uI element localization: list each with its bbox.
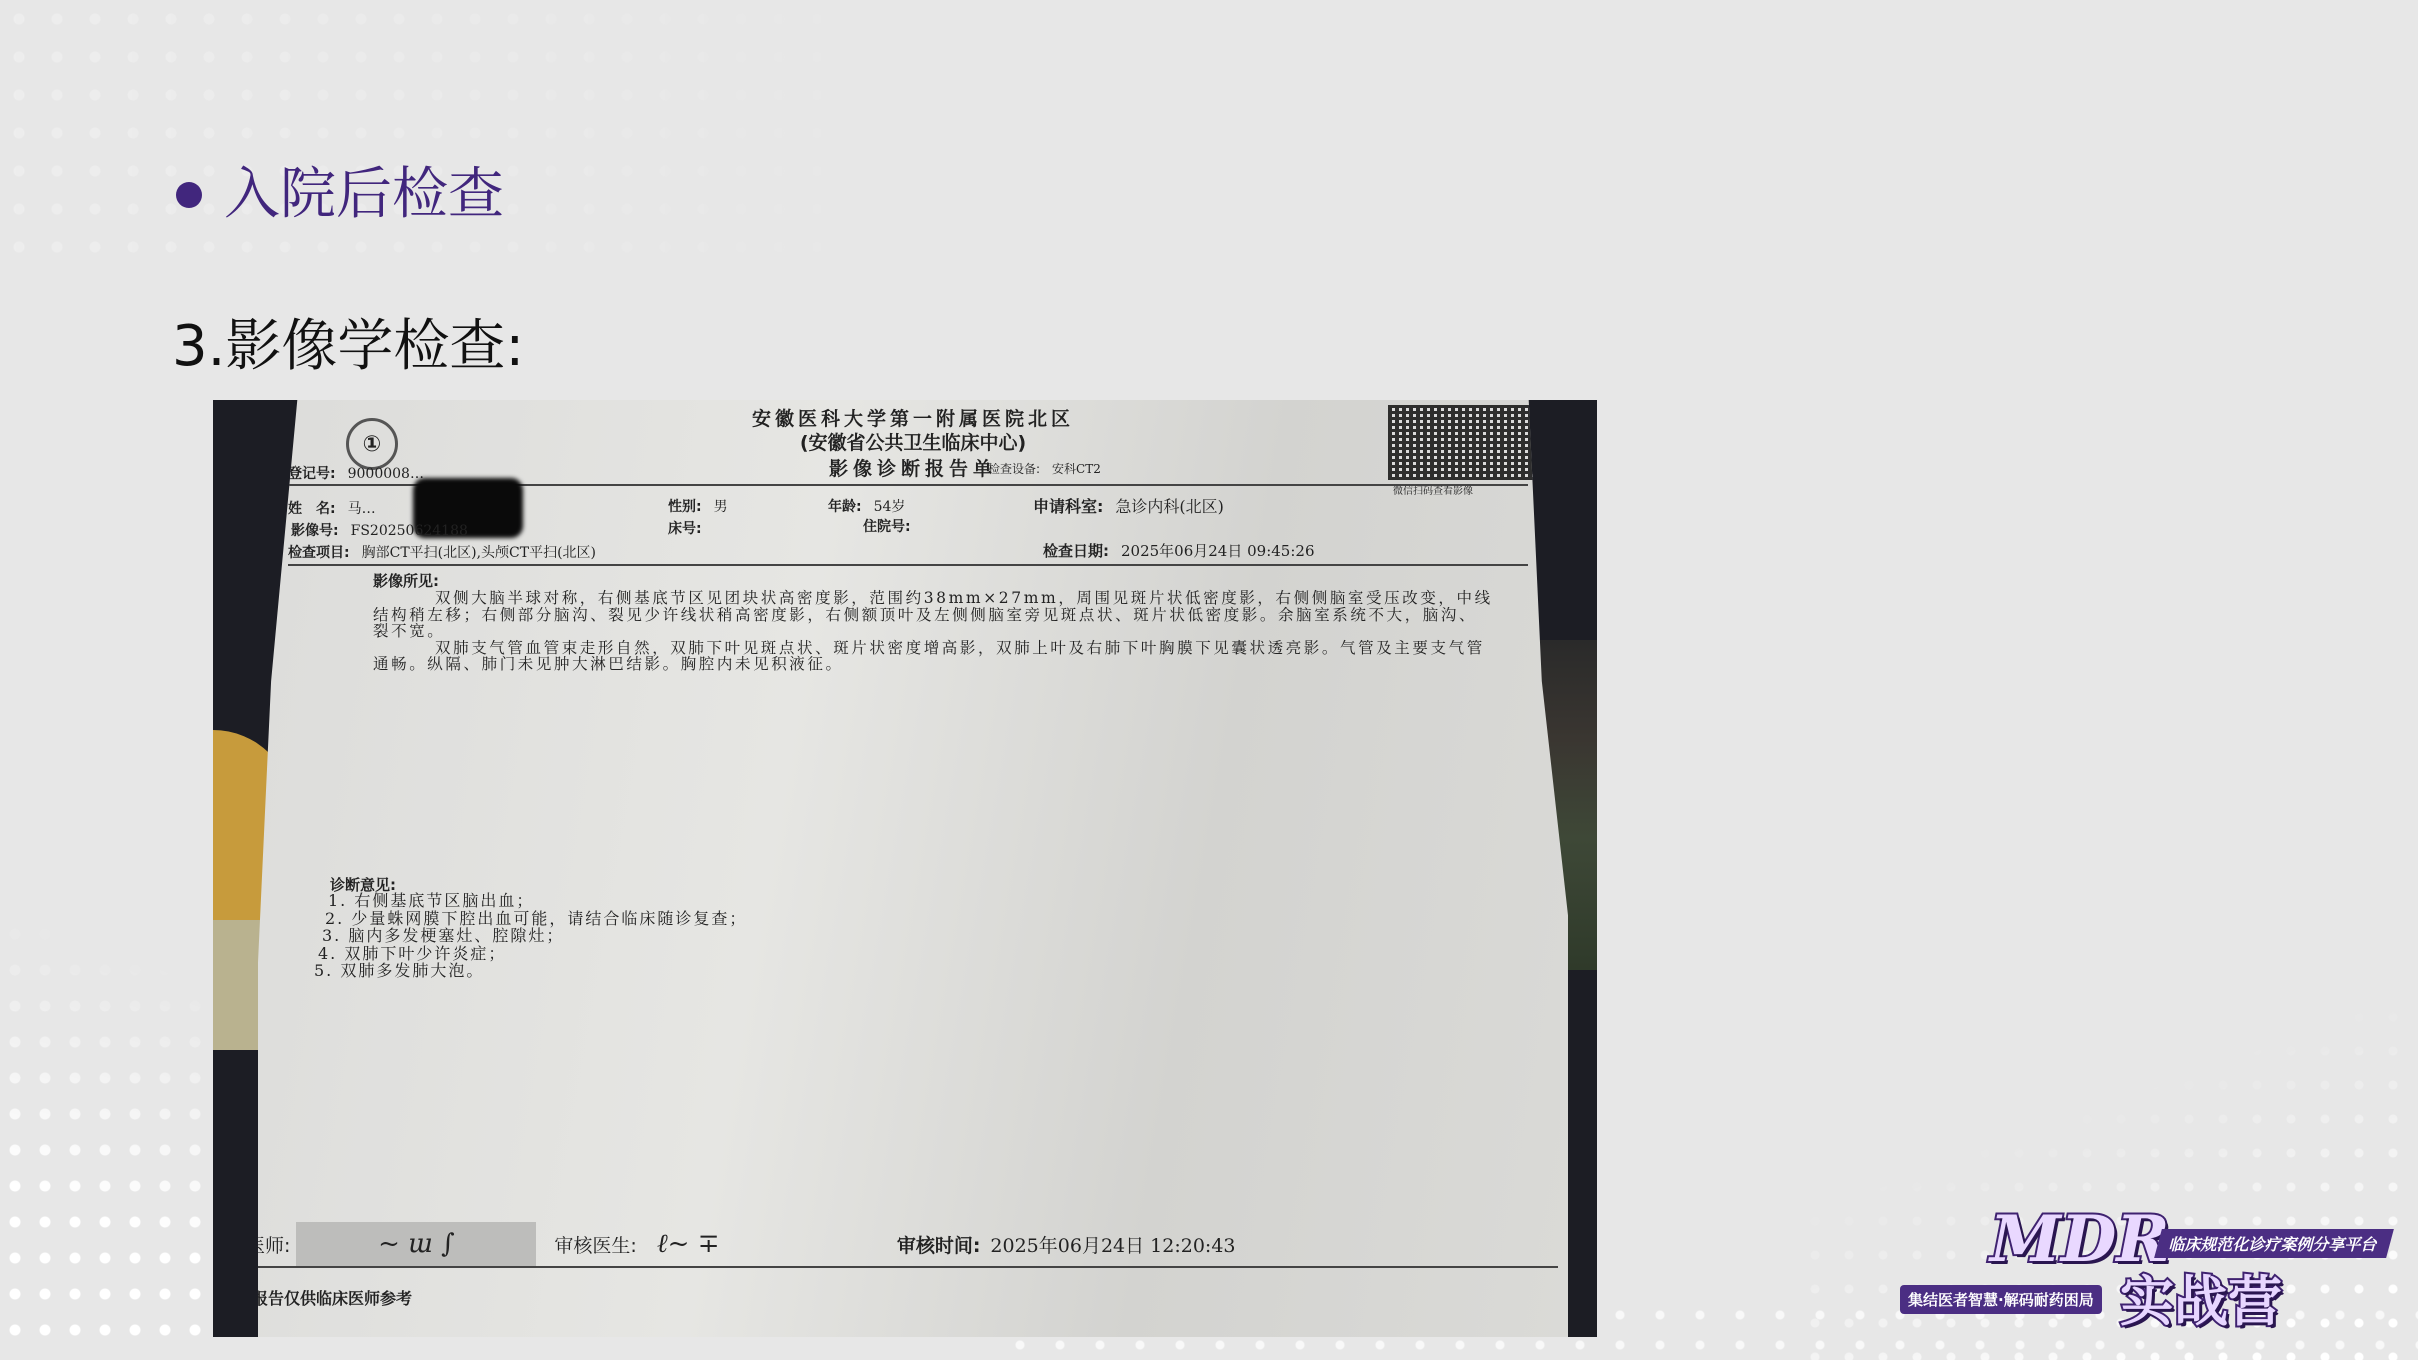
field-registration-no: 登记号:9000008…	[288, 463, 424, 483]
subsection-title: 3.影像学检查:	[172, 312, 524, 382]
logo-main-text: MDR	[1990, 1205, 2170, 1275]
logo-tagline: 临床规范化诊疗案例分享平台	[2154, 1229, 2394, 1258]
diagnosis-item: 4. 双肺下叶少许炎症；	[314, 945, 747, 963]
field-bed-no: 床号:	[668, 518, 714, 538]
findings-paragraph: 双侧大脑半球对称，右侧基底节区见团块状高密度影，范围约38mm×27mm，周围见…	[373, 590, 1493, 640]
section-title: 入院后检查	[176, 160, 504, 230]
report-photo: ① 安徽医科大学第一附属医院北区 (安徽省公共卫生临床中心) 影像诊断报告单 微…	[213, 400, 1597, 1337]
bullet-icon	[176, 182, 202, 208]
findings-paragraph: 双肺支气管血管束走形自然，双肺下叶见斑点状、斑片状密度增高影，双肺上叶及右肺下叶…	[373, 640, 1493, 673]
hospital-name: 安徽医科大学第一附属医院北区	[258, 404, 1568, 431]
imaging-report-paper: ① 安徽医科大学第一附属医院北区 (安徽省公共卫生临床中心) 影像诊断报告单 微…	[258, 400, 1568, 1337]
footer-note: 示: 本报告仅供临床医师参考	[213, 1286, 412, 1309]
field-inpatient-no: 住院号:	[863, 516, 923, 536]
mdr-brand-logo: MDR 临床规范化诊疗案例分享平台 集结医者智慧·解码耐药困局 实战营	[1900, 1205, 2400, 1335]
reviewer-signature: ℓ~ ∓	[657, 1229, 837, 1259]
divider	[213, 1266, 1558, 1268]
field-name: 姓 名:马…	[288, 498, 376, 518]
diagnosis-item: 1. 右侧基底节区脑出血；	[314, 892, 747, 910]
hospital-subname: (安徽省公共卫生临床中心)	[258, 428, 1568, 455]
field-age: 年龄:54岁	[828, 496, 905, 516]
field-exam-items: 检查项目:胸部CT平扫(北区),头颅CT平扫(北区)	[288, 542, 596, 562]
review-time: 审核时间:2025年06月24日 12:20:43	[897, 1231, 1236, 1258]
findings-label: 影像所见:	[373, 570, 439, 591]
qr-code-icon	[1388, 405, 1548, 480]
logo-camp-text: 实战营	[2120, 1269, 2282, 1333]
section-title-text: 入院后检查	[224, 160, 504, 230]
logo-slogan: 集结医者智慧·解码耐药困局	[1900, 1285, 2102, 1314]
field-department: 申请科室:急诊内科(北区)	[1033, 494, 1224, 517]
reviewer-label: 审核医生:	[554, 1231, 636, 1258]
field-exam-date: 检查日期:2025年06月24日 09:45:26	[1043, 540, 1314, 561]
findings-text: 双侧大脑半球对称，右侧基底节区见团块状高密度影，范围约38mm×27mm，周围见…	[373, 590, 1493, 673]
diagnosis-item: 5. 双肺多发肺大泡。	[314, 962, 747, 980]
signature-row: 报告医师: ~ ɯ ∫ 审核医生: ℓ~ ∓ 审核时间:2025年06月24日 …	[213, 1222, 1236, 1266]
divider	[288, 564, 1528, 566]
field-image-no: 影像号:FS20250624188	[291, 520, 468, 540]
diagnosis-item: 3. 脑内多发梗塞灶、腔隙灶；	[314, 927, 747, 945]
diagnosis-list: 1. 右侧基底节区脑出血； 2. 少量蛛网膜下腔出血可能，请结合临床随诊复查； …	[314, 892, 747, 980]
report-doctor-signature: ~ ɯ ∫	[296, 1222, 536, 1266]
report-title: 影像诊断报告单	[258, 454, 1568, 481]
field-gender: 性别:男	[668, 496, 728, 516]
report-doctor-label: 报告医师:	[213, 1231, 290, 1258]
diagnosis-item: 2. 少量蛛网膜下腔出血可能，请结合临床随诊复查；	[314, 910, 747, 928]
field-equipment: 检查设备:安科CT2	[988, 460, 1101, 477]
